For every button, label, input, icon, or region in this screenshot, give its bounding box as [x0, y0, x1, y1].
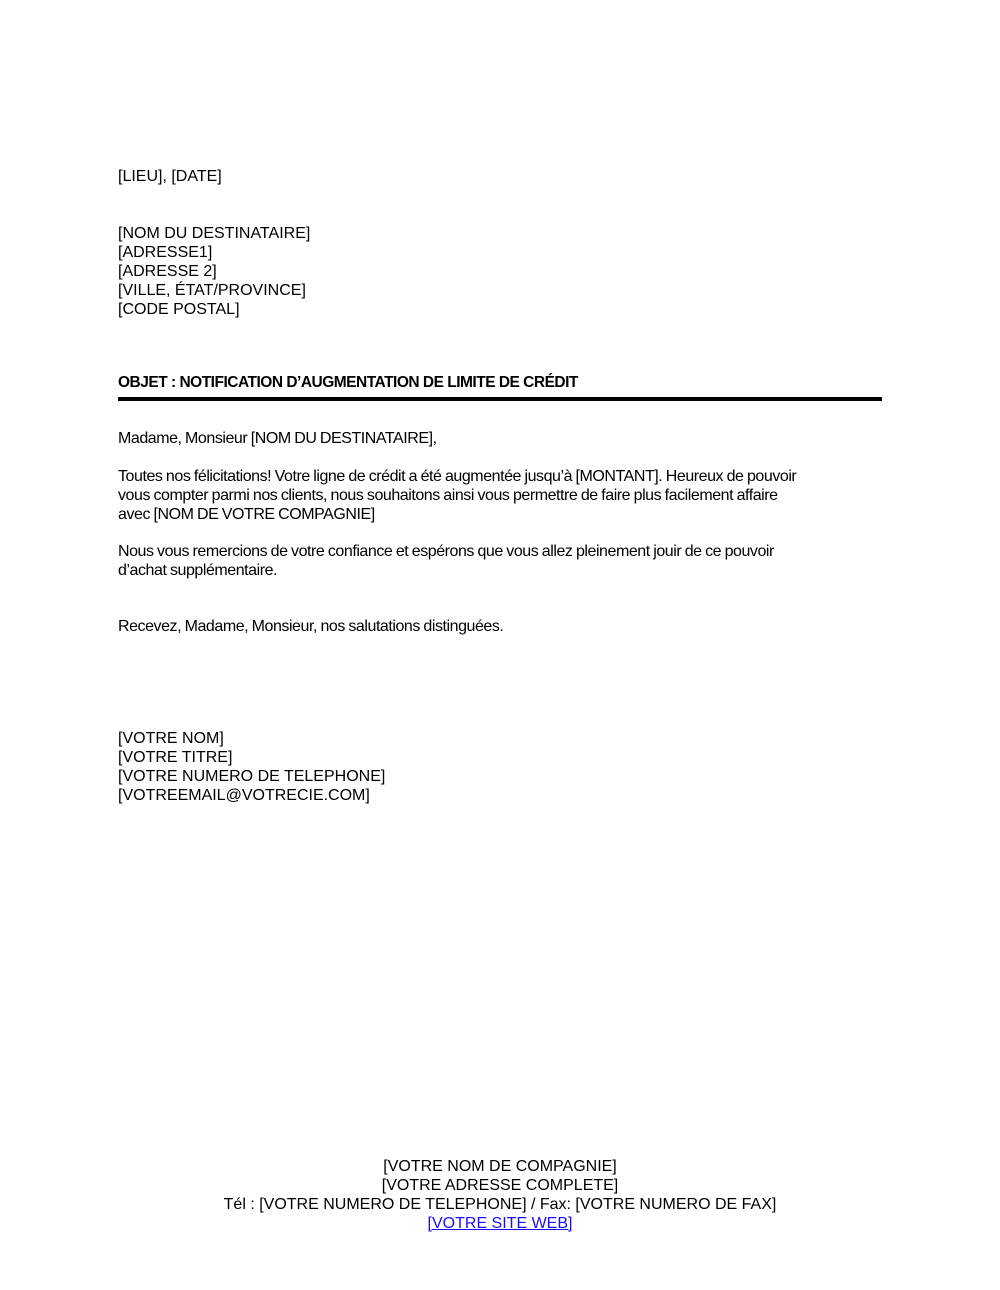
signature-email: [VOTREEMAIL@VOTRECIE.COM] [118, 786, 385, 805]
subject-divider [118, 397, 882, 401]
place-date: [LIEU], [DATE] [118, 167, 222, 186]
recipient-address-block: [NOM DU DESTINATAIRE] [ADRESSE1] [ADRESS… [118, 224, 310, 319]
signature-title: [VOTRE TITRE] [118, 748, 385, 767]
letter-page: [LIEU], [DATE] [NOM DU DESTINATAIRE] [AD… [0, 0, 1000, 1290]
footer-company: [VOTRE NOM DE COMPAGNIE] [0, 1157, 1000, 1176]
place-date-text: [LIEU], [DATE] [118, 167, 222, 186]
closing: Recevez, Madame, Monsieur, nos salutatio… [118, 617, 503, 636]
paragraph-line: d’achat supplémentaire. [118, 561, 898, 580]
recipient-name: [NOM DU DESTINATAIRE] [118, 224, 310, 243]
signature-block: [VOTRE NOM] [VOTRE TITRE] [VOTRE NUMERO … [118, 729, 385, 805]
footer-contact: Tél : [VOTRE NUMERO DE TELEPHONE] / Fax:… [0, 1195, 1000, 1214]
paragraph-line: vous compter parmi nos clients, nous sou… [118, 486, 778, 505]
salutation: Madame, Monsieur [NOM DU DESTINATAIRE], [118, 429, 437, 448]
salutation-text: Madame, Monsieur [NOM DU DESTINATAIRE], [118, 429, 437, 448]
letter-footer: [VOTRE NOM DE COMPAGNIE] [VOTRE ADRESSE … [0, 1157, 1000, 1233]
signature-name: [VOTRE NOM] [118, 729, 385, 748]
closing-text: Recevez, Madame, Monsieur, nos salutatio… [118, 617, 503, 636]
signature-phone: [VOTRE NUMERO DE TELEPHONE] [118, 767, 385, 786]
footer-address: [VOTRE ADRESSE COMPLETE] [0, 1176, 1000, 1195]
recipient-address1: [ADRESSE1] [118, 243, 310, 262]
footer-website-link[interactable]: [VOTRE SITE WEB] [428, 1215, 573, 1232]
recipient-address2: [ADRESSE 2] [118, 262, 310, 281]
recipient-city-state: [VILLE, ÉTAT/PROVINCE] [118, 281, 310, 300]
paragraph-line: Nous vous remercions de votre confiance … [118, 542, 774, 561]
recipient-postal-code: [CODE POSTAL] [118, 300, 310, 319]
body-paragraph-1: Toutes nos félicitations! Votre ligne de… [118, 467, 898, 524]
body-paragraph-2: Nous vous remercions de votre confiance … [118, 542, 898, 580]
subject-line: OBJET : NOTIFICATION D’AUGMENTATION DE L… [118, 373, 578, 392]
paragraph-line: avec [NOM DE VOTRE COMPAGNIE] [118, 505, 898, 524]
paragraph-line: Toutes nos félicitations! Votre ligne de… [118, 467, 796, 486]
